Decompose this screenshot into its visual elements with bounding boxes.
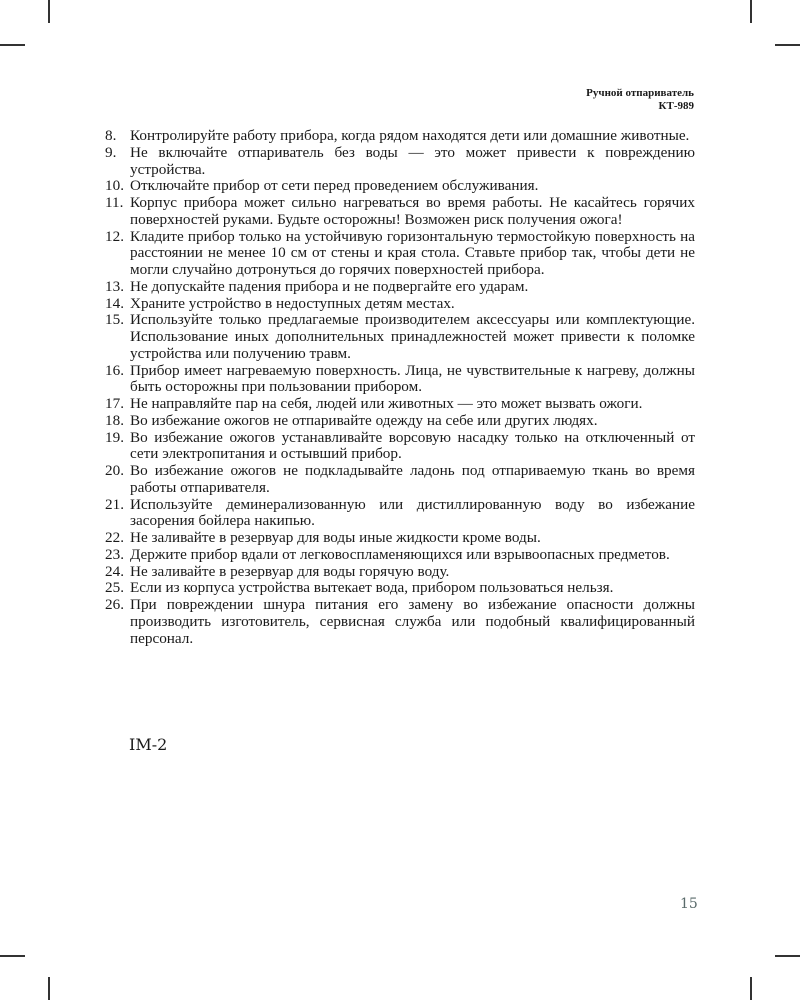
document-code: IM-2 bbox=[129, 735, 167, 754]
item-number: 14. bbox=[105, 296, 124, 313]
item-number: 11. bbox=[105, 195, 123, 212]
list-item: 16.Прибор имеет нагреваемую поверхность.… bbox=[105, 363, 695, 397]
item-text: Корпус прибора может сильно нагреваться … bbox=[130, 194, 695, 228]
item-text: Во избежание ожогов устанавливайте ворсо… bbox=[130, 429, 695, 463]
list-item: 18.Во избежание ожогов не отпаривайте од… bbox=[105, 413, 695, 430]
list-item: 14.Храните устройство в недоступных детя… bbox=[105, 296, 695, 313]
list-item: 15.Используйте только предлагаемые произ… bbox=[105, 312, 695, 362]
item-number: 10. bbox=[105, 178, 124, 195]
crop-mark-bl-v bbox=[48, 977, 50, 1000]
list-item: 19.Во избежание ожогов устанавливайте во… bbox=[105, 430, 695, 464]
crop-mark-tl-h bbox=[0, 44, 25, 46]
running-header: Ручной отпариватель КТ-989 bbox=[586, 87, 694, 113]
item-number: 18. bbox=[105, 413, 124, 430]
list-item: 17.Не направляйте пар на себя, людей или… bbox=[105, 396, 695, 413]
item-number: 25. bbox=[105, 580, 124, 597]
item-number: 8. bbox=[105, 128, 116, 145]
list-item: 12.Кладите прибор только на устойчивую г… bbox=[105, 229, 695, 279]
list-item: 10.Отключайте прибор от сети перед прове… bbox=[105, 178, 695, 195]
item-text: Держите прибор вдали от легковоспламеняю… bbox=[130, 546, 670, 563]
crop-mark-tr-v bbox=[750, 0, 752, 23]
list-item: 13.Не допускайте падения прибора и не по… bbox=[105, 279, 695, 296]
list-item: 26.При повреждении шнура питания его зам… bbox=[105, 597, 695, 647]
item-number: 24. bbox=[105, 564, 124, 581]
list-item: 25.Если из корпуса устройства вытекает в… bbox=[105, 580, 695, 597]
list-item: 20.Во избежание ожогов не подкладывайте … bbox=[105, 463, 695, 497]
item-number: 26. bbox=[105, 597, 124, 614]
header-title: Ручной отпариватель bbox=[586, 87, 694, 100]
crop-mark-bl-h bbox=[0, 955, 25, 957]
item-number: 15. bbox=[105, 312, 124, 329]
item-number: 20. bbox=[105, 463, 124, 480]
item-text: Не заливайте в резервуар для воды иные ж… bbox=[130, 529, 541, 546]
crop-mark-br-h bbox=[775, 955, 800, 957]
item-text: Не включайте отпариватель без воды — это… bbox=[130, 144, 695, 178]
list-item: 11.Корпус прибора может сильно нагревать… bbox=[105, 195, 695, 229]
item-number: 12. bbox=[105, 229, 124, 246]
list-item: 8.Контролируйте работу прибора, когда ря… bbox=[105, 128, 695, 145]
list-item: 24.Не заливайте в резервуар для воды гор… bbox=[105, 564, 695, 581]
crop-mark-br-v bbox=[750, 977, 752, 1000]
item-number: 9. bbox=[105, 145, 116, 162]
item-text: Во избежание ожогов не отпаривайте одежд… bbox=[130, 412, 598, 429]
item-text: Прибор имеет нагреваемую поверхность. Ли… bbox=[130, 362, 695, 396]
item-text: Не направляйте пар на себя, людей или жи… bbox=[130, 395, 642, 412]
item-number: 16. bbox=[105, 363, 124, 380]
item-number: 22. bbox=[105, 530, 124, 547]
item-text: Не заливайте в резервуар для воды горячу… bbox=[130, 563, 449, 580]
item-number: 13. bbox=[105, 279, 124, 296]
item-text: Храните устройство в недоступных детям м… bbox=[130, 295, 455, 312]
header-model: КТ-989 bbox=[586, 100, 694, 113]
crop-mark-tr-h bbox=[775, 44, 800, 46]
crop-mark-tl-v bbox=[48, 0, 50, 23]
item-number: 19. bbox=[105, 430, 124, 447]
item-text: Не допускайте падения прибора и не подве… bbox=[130, 278, 528, 295]
item-text: Если из корпуса устройства вытекает вода… bbox=[130, 579, 613, 596]
item-text: Используйте только предлагаемые производ… bbox=[130, 311, 695, 362]
item-number: 23. bbox=[105, 547, 124, 564]
item-text: Во избежание ожогов не подкладывайте лад… bbox=[130, 462, 695, 496]
list-item: 9.Не включайте отпариватель без воды — э… bbox=[105, 145, 695, 179]
item-text: Отключайте прибор от сети перед проведен… bbox=[130, 177, 538, 194]
item-text: Контролируйте работу прибора, когда рядо… bbox=[130, 127, 689, 144]
list-item: 22.Не заливайте в резервуар для воды ины… bbox=[105, 530, 695, 547]
list-item: 21.Используйте деминерализованную или ди… bbox=[105, 497, 695, 531]
safety-instructions-list: 8.Контролируйте работу прибора, когда ря… bbox=[105, 128, 695, 647]
page-number: 15 bbox=[680, 896, 698, 912]
item-text: При повреждении шнура питания его замену… bbox=[130, 596, 695, 647]
list-item: 23.Держите прибор вдали от легковоспламе… bbox=[105, 547, 695, 564]
item-number: 17. bbox=[105, 396, 124, 413]
item-number: 21. bbox=[105, 497, 124, 514]
item-text: Кладите прибор только на устойчивую гори… bbox=[130, 228, 695, 279]
item-text: Используйте деминерализованную или дисти… bbox=[130, 496, 695, 530]
